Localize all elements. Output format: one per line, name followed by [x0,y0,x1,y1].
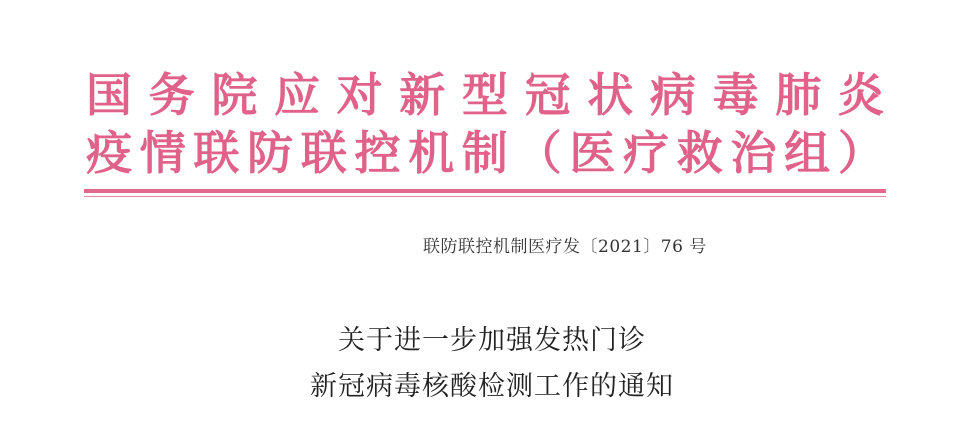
header-char: 毒 [711,70,761,120]
header-char: 医 [567,128,617,178]
header-char: 组 [782,128,832,178]
header-char: 情 [138,128,188,178]
header-char: 新 [397,70,447,120]
header-char: 状 [585,70,635,120]
header-char: 联 [299,128,349,178]
header-char: 肺 [773,70,823,120]
header-char: 对 [335,70,385,120]
header-char: 救 [675,128,725,178]
issuer-header-line-1: 国 务 院 应 对 新 型 冠 状 病 毒 肺 炎 [84,70,886,120]
header-char: 型 [460,70,510,120]
document-number: 联防联控机制医疗发〔2021〕76 号 [423,232,707,257]
header-char: 防 [245,128,295,178]
document-title-line-1: 关于进一步加强发热门诊 [8,318,968,357]
header-char: 制 [460,128,510,178]
red-rule-thick [84,189,886,193]
header-char: 病 [648,70,698,120]
document-title-line-2: 新冠病毒核酸检测工作的通知 [8,364,968,403]
header-char: 机 [406,128,456,178]
header-char: ） [836,128,886,178]
header-char: （ [514,128,564,178]
header-char: 联 [191,128,241,178]
header-char: 炎 [836,70,886,120]
header-char: 应 [272,70,322,120]
header-char: 疗 [621,128,671,178]
issuer-header-line-2: 疫 情 联 防 联 控 机 制 （ 医 疗 救 治 组 ） [84,128,886,178]
header-char: 冠 [523,70,573,120]
header-char: 院 [209,70,259,120]
header-char: 疫 [84,128,134,178]
header-char: 控 [353,128,403,178]
header-char: 务 [147,70,197,120]
header-char: 国 [84,70,134,120]
header-char: 治 [728,128,778,178]
red-rule-thin [84,196,886,197]
